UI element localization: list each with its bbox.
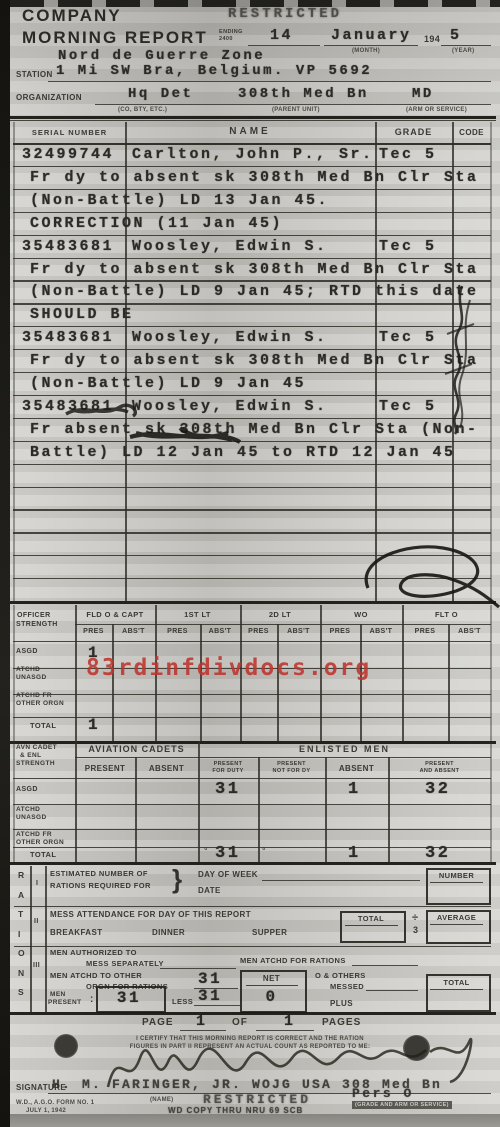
roster-header-grade: GRADE: [375, 127, 452, 137]
organization-arm: MD: [412, 86, 434, 102]
rations-strip-line-2: [45, 866, 47, 1012]
avn-subheader-rule: [75, 757, 491, 758]
rations-top-rule: [10, 862, 496, 865]
roster-row-line: [13, 280, 491, 281]
breakfast-label: BREAKFAST: [50, 928, 103, 937]
avn-title-3: STRENGTH: [16, 760, 55, 767]
roster-header-serial: SERIAL NUMBER: [14, 128, 125, 137]
atchd-for-underline: [352, 965, 418, 966]
average-box-label: AVERAGE: [428, 913, 485, 922]
avn-row-atchd-1: ATCHD: [16, 806, 40, 813]
day-of-week-underline: [262, 880, 420, 881]
station-label: STATION: [16, 70, 53, 79]
roster-row-line: [13, 235, 491, 236]
avn-col-pa-1: PRESENT: [388, 761, 491, 767]
avn-title-1: AVN CADET: [16, 744, 57, 751]
roster-row-line: [13, 372, 491, 373]
copy-line: WD COPY THRU NRU 69 SCB: [168, 1106, 303, 1115]
roster-header-code: CODE: [452, 128, 491, 137]
roster-row-line: [13, 303, 491, 304]
roster-cell: 35483681: [22, 329, 114, 346]
roster-header-name: NAME: [125, 126, 375, 137]
form-number-line-2: JULY 1, 1942: [26, 1108, 66, 1114]
roster-cell: Woosley, Edwin S.: [132, 238, 328, 255]
avn-asgd-pfd: 31: [215, 780, 240, 799]
mess-total-rule: [345, 925, 398, 926]
date-month: January: [331, 27, 412, 44]
men-present-1: MEN: [50, 991, 66, 998]
officer-row-rule-3: [13, 694, 491, 695]
rations-divider-1: [14, 906, 491, 907]
date-day: 14: [270, 27, 293, 44]
auth-label-2: MESS SEPARATELY: [86, 959, 164, 968]
less-label: LESS: [172, 997, 193, 1006]
avn-grid-v1: [75, 741, 77, 862]
officer-sub-pres-5: PRES: [402, 628, 448, 635]
less-underline: [194, 1005, 240, 1006]
header-rule-heavy: [10, 116, 496, 119]
officer-group-flto: FLT O: [402, 610, 491, 619]
year-underline: [441, 45, 491, 46]
certify-line-1: I CERTIFY THAT THIS MORNING REPORT IS CO…: [90, 1036, 410, 1042]
officer-group-fldo: FLD O & CAPT: [75, 610, 155, 619]
avn-edge-left: [13, 741, 15, 862]
roster-cell: (Non-Battle) LD 9 Jan 45: [30, 375, 306, 392]
avn-col-pnfd-2: NOT FOR DY: [258, 768, 325, 774]
roster-cell: Tec 5: [379, 398, 437, 415]
avn-asgd-absent: 1: [348, 780, 361, 799]
roster-cell: Tec 5: [379, 329, 437, 346]
officer-sub-abst-1: ABS'T: [112, 628, 155, 635]
roster-cell: Carlton, John P., Sr.: [132, 146, 374, 163]
divide-three: 3: [413, 925, 418, 935]
organization-underline: [95, 104, 491, 105]
officer-sub-pres-1: PRES: [75, 628, 112, 635]
officer-grid-v8: [360, 624, 362, 741]
officer-sub-pres-3: PRES: [240, 628, 277, 635]
station-value: 1 Mi SW Bra, Belgium. VP 5692: [56, 63, 372, 79]
officer-sub-abst-2: ABS'T: [200, 628, 240, 635]
officer-group-2dlt: 2D LT: [240, 610, 320, 619]
number-box-rule: [430, 882, 483, 883]
avn-col-pfd-2: FOR DUTY: [198, 768, 258, 774]
officer-title-2: STRENGTH: [16, 621, 58, 628]
rations-strip-line-1: [30, 866, 32, 1012]
officer-title-1: OFFICER: [17, 612, 51, 619]
roster-row-line: [13, 326, 491, 327]
rations-vertical-letter: O: [18, 948, 25, 958]
rations-est-1: ESTIMATED NUMBER OF: [50, 869, 148, 878]
officer-row-atchfr-2: OTHER ORGN: [16, 700, 64, 707]
rations-num-3: III: [33, 962, 40, 969]
officer-group-wo: WO: [320, 610, 402, 619]
organization-label: ORGANIZATION: [16, 93, 82, 102]
month-sublabel: (MONTH): [352, 48, 380, 54]
rations-vertical-letter: R: [18, 870, 25, 880]
avn-col-absent: ABSENT: [135, 764, 198, 773]
men-present-colon: :: [90, 994, 94, 1005]
roster-cell: Fr dy to absent sk 308th Med Bn Clr Sta: [30, 261, 479, 278]
page-underline-2: [256, 1030, 314, 1031]
roster-edge-left: [13, 122, 15, 601]
rations-num-1: I: [36, 880, 38, 887]
month-underline: [324, 45, 418, 46]
roster-cell: 32499744: [22, 146, 114, 163]
roster-cell: Fr dy to absent sk 308th Med Bn Clr Sta: [30, 169, 479, 186]
ending-time: 2400: [219, 36, 233, 42]
rations-est-2: RATIONS REQUIRED FOR: [50, 881, 151, 890]
officer-row-rule-4: [13, 717, 491, 718]
officer-grid-v1: [75, 605, 77, 741]
org-parent-sublabel: (PARENT UNIT): [272, 107, 320, 113]
avn-grid-v3: [198, 741, 200, 862]
avn-col-pfd-1: PRESENT: [198, 761, 258, 767]
officer-edge-left: [13, 605, 15, 741]
roster-row-line: [13, 166, 491, 167]
roster-row-line: [13, 532, 491, 533]
roster-cell: Fr absent sk 308th Med Bn Clr Sta (Non-: [30, 421, 479, 438]
header-rule-light: [10, 120, 496, 121]
officer-grid-v9: [402, 605, 404, 741]
restricted-stamp-bottom: RESTRICTED: [203, 1092, 311, 1107]
avn-grid-v2: [135, 757, 137, 862]
of-label: OF: [232, 1017, 248, 1028]
auth-label-1: MEN AUTHORIZED TO: [50, 948, 137, 957]
roster-row-line: [13, 441, 491, 442]
mess-attendance-label: MESS ATTENDANCE FOR DAY OF THIS REPORT: [50, 910, 251, 919]
net-box-rule: [246, 985, 298, 986]
roster-cell: Tec 5: [379, 238, 437, 255]
punch-hole-right: [403, 1035, 430, 1061]
grade-sublabel: (GRADE AND ARM OR SERVICE): [352, 1101, 452, 1109]
zone-line: Nord de Guerre Zone: [58, 48, 265, 64]
officer-subheader-rule: [75, 624, 491, 625]
avn-col-abs: ABSENT: [325, 764, 388, 773]
roster-row-line: [13, 578, 491, 579]
avn-row-atchfr-1: ATCHD FR: [16, 831, 52, 838]
rations-bottom-rule: [10, 1012, 496, 1015]
org-co-sublabel: (CO, BTY, ETC.): [118, 107, 167, 113]
year-prefix: 194: [424, 34, 440, 44]
roster-row-line: [13, 555, 491, 556]
roster-cell: Woosley, Edwin S.: [132, 329, 328, 346]
avn-row-asgd: ASGD: [16, 786, 38, 793]
roster-cell: (Non-Battle) LD 13 Jan 45.: [30, 192, 329, 209]
men-present-value: 31: [98, 989, 160, 1007]
roster-row-line: [13, 509, 491, 510]
pages-number: 1: [284, 1013, 296, 1030]
roster-cell: Tec 5: [379, 146, 437, 163]
others-label-1: O & OTHERS: [315, 971, 366, 980]
roster-cell: 35483681: [22, 398, 114, 415]
avn-row-atchd-2: UNASGD: [16, 814, 47, 821]
morning-report-document: COMPANY RESTRICTED MORNING REPORT ENDING…: [0, 0, 500, 1127]
rations-vertical-letter: S: [18, 987, 24, 997]
officer-grid-v2: [112, 624, 114, 741]
rations-vertical-letter: N: [18, 968, 25, 978]
officer-row-rule-1: [13, 641, 491, 642]
ending-label: ENDING: [219, 29, 243, 35]
rations-vertical-letter: A: [18, 890, 25, 900]
certify-line-2: FIGURES IN PART II REPRESENT AN ACTUAL C…: [90, 1044, 410, 1050]
roster-row-line: [13, 189, 491, 190]
roster-cell: 35483681: [22, 238, 114, 255]
avn-col-pa-2: AND ABSENT: [388, 768, 491, 774]
rations-total-label: TOTAL: [428, 978, 485, 987]
avn-col-present: PRESENT: [75, 764, 135, 773]
dinner-label: DINNER: [152, 928, 185, 937]
roster-row-line: [13, 464, 491, 465]
organization-co: Hq Det: [128, 86, 193, 102]
punch-hole-left: [54, 1034, 78, 1058]
avn-title-2: & ENL: [20, 752, 42, 759]
atchd-for-rations-label: MEN ATCHD FOR RATIONS: [240, 956, 346, 965]
roster-cell: Battle) LD 12 Jan 45 to RTD 12 Jan 45: [30, 444, 456, 461]
scan-edge-left: [0, 0, 10, 1127]
officer-sub-pres-4: PRES: [320, 628, 360, 635]
officer-total-value: 1: [88, 716, 100, 734]
avn-grid-v6: [388, 757, 390, 862]
page-underline-1: [180, 1030, 226, 1031]
roster-bottom-rule: [10, 601, 496, 604]
roster-edge-right: [490, 122, 492, 601]
avn-grid-v4: [258, 757, 260, 862]
scan-edge-bottom: [10, 1114, 500, 1127]
number-box-label: NUMBER: [428, 871, 485, 880]
officer-group-1stlt: 1ST LT: [155, 610, 240, 619]
avn-grid-v5: [325, 757, 327, 862]
average-box-rule: [430, 924, 483, 925]
form-title-company: COMPANY: [22, 6, 122, 26]
divide-sign: ÷: [412, 912, 418, 924]
form-number-line-1: W.D., A.G.O. FORM NO. 1: [16, 1100, 94, 1106]
avn-edge-right: [490, 741, 492, 862]
avn-row-total: TOTAL: [30, 850, 56, 859]
name-sublabel: (NAME): [150, 1097, 173, 1103]
year-sublabel: (YEAR): [452, 48, 474, 54]
officer-sub-pres-2: PRES: [155, 628, 200, 635]
roster-row-line: [13, 258, 491, 259]
date-year: 5: [450, 27, 462, 44]
officer-grid-v6: [277, 624, 279, 741]
supper-label: SUPPER: [252, 928, 287, 937]
pers-o-note: Pers O: [352, 1086, 414, 1101]
avn-row-rule-1: [13, 778, 491, 779]
organization-parent: 308th Med Bn: [238, 86, 369, 102]
rations-brace: }: [172, 864, 182, 895]
roster-cell: SHOULD BE: [30, 306, 134, 323]
avn-row-rule-2: [13, 804, 491, 805]
officer-grid-v10: [448, 624, 450, 741]
roster-row-line: [13, 395, 491, 396]
atchd-other-1: MEN ATCHD TO OTHER: [50, 971, 142, 980]
officer-row-atchd-2: UNASGD: [16, 674, 47, 681]
officer-sub-abst-5: ABS'T: [448, 628, 491, 635]
officer-row-total: TOTAL: [30, 721, 56, 730]
officer-sub-abst-4: ABS'T: [360, 628, 402, 635]
station-underline: [48, 81, 491, 82]
officer-grid-v4: [200, 624, 202, 741]
rations-num-2: II: [34, 918, 39, 925]
roster-cell: CORRECTION (11 Jan 45): [30, 215, 283, 232]
officer-edge-right: [490, 605, 492, 741]
page-number: 1: [196, 1013, 208, 1030]
avn-asgd-presabs: 32: [425, 780, 450, 799]
roster-header-rule: [13, 143, 491, 145]
rations-vertical-letter: T: [18, 909, 24, 919]
plus-label: PLUS: [330, 999, 353, 1008]
avn-row-rule-4: [13, 847, 491, 848]
mess-total-label: TOTAL: [342, 914, 400, 923]
roster-row-line: [13, 349, 491, 350]
rations-total-rule: [430, 989, 483, 990]
net-box-label: NET: [243, 974, 300, 983]
rations-day-of-week: DAY OF WEEK: [198, 870, 258, 879]
roster-cell: Woosley, Edwin S.: [132, 398, 328, 415]
officer-row-asgd: ASGD: [16, 648, 38, 655]
watermark: 83rdinfdivdocs.org: [86, 655, 371, 681]
avn-col-pnfd-1: PRESENT: [258, 761, 325, 767]
rations-date: DATE: [198, 886, 221, 895]
roster-row-line: [13, 418, 491, 419]
avn-row-atchfr-2: OTHER ORGN: [16, 839, 64, 846]
others-underline: [366, 990, 418, 991]
men-present-2: PRESENT: [48, 999, 82, 1006]
atchd-other-value: 31: [198, 970, 222, 988]
roster-cell: (Non-Battle) LD 9 Jan 45; RTD this date: [30, 283, 479, 300]
roster-row-line: [13, 212, 491, 213]
day-underline: [248, 45, 320, 46]
avn-group-cadets: AVIATION CADETS: [75, 744, 198, 754]
roster-cell: Fr dy to absent sk 308th Med Bn Clr Sta: [30, 352, 479, 369]
avn-group-enlisted: ENLISTED MEN: [198, 744, 491, 754]
others-label-2: MESSED: [330, 982, 364, 991]
org-arm-sublabel: (ARM OR SERVICE): [406, 107, 467, 113]
rations-vertical-letter: I: [18, 929, 21, 939]
roster-row-line: [13, 487, 491, 488]
less-value: 31: [198, 987, 222, 1005]
net-box-value: 0: [243, 988, 300, 1006]
form-title-morning-report: MORNING REPORT: [22, 28, 208, 48]
avn-row-rule-3: [13, 829, 491, 830]
officer-sub-abst-3: ABS'T: [277, 628, 320, 635]
pages-label: PAGES: [322, 1017, 361, 1028]
restricted-stamp-top: RESTRICTED: [228, 6, 342, 22]
page-label: PAGE: [142, 1017, 174, 1028]
